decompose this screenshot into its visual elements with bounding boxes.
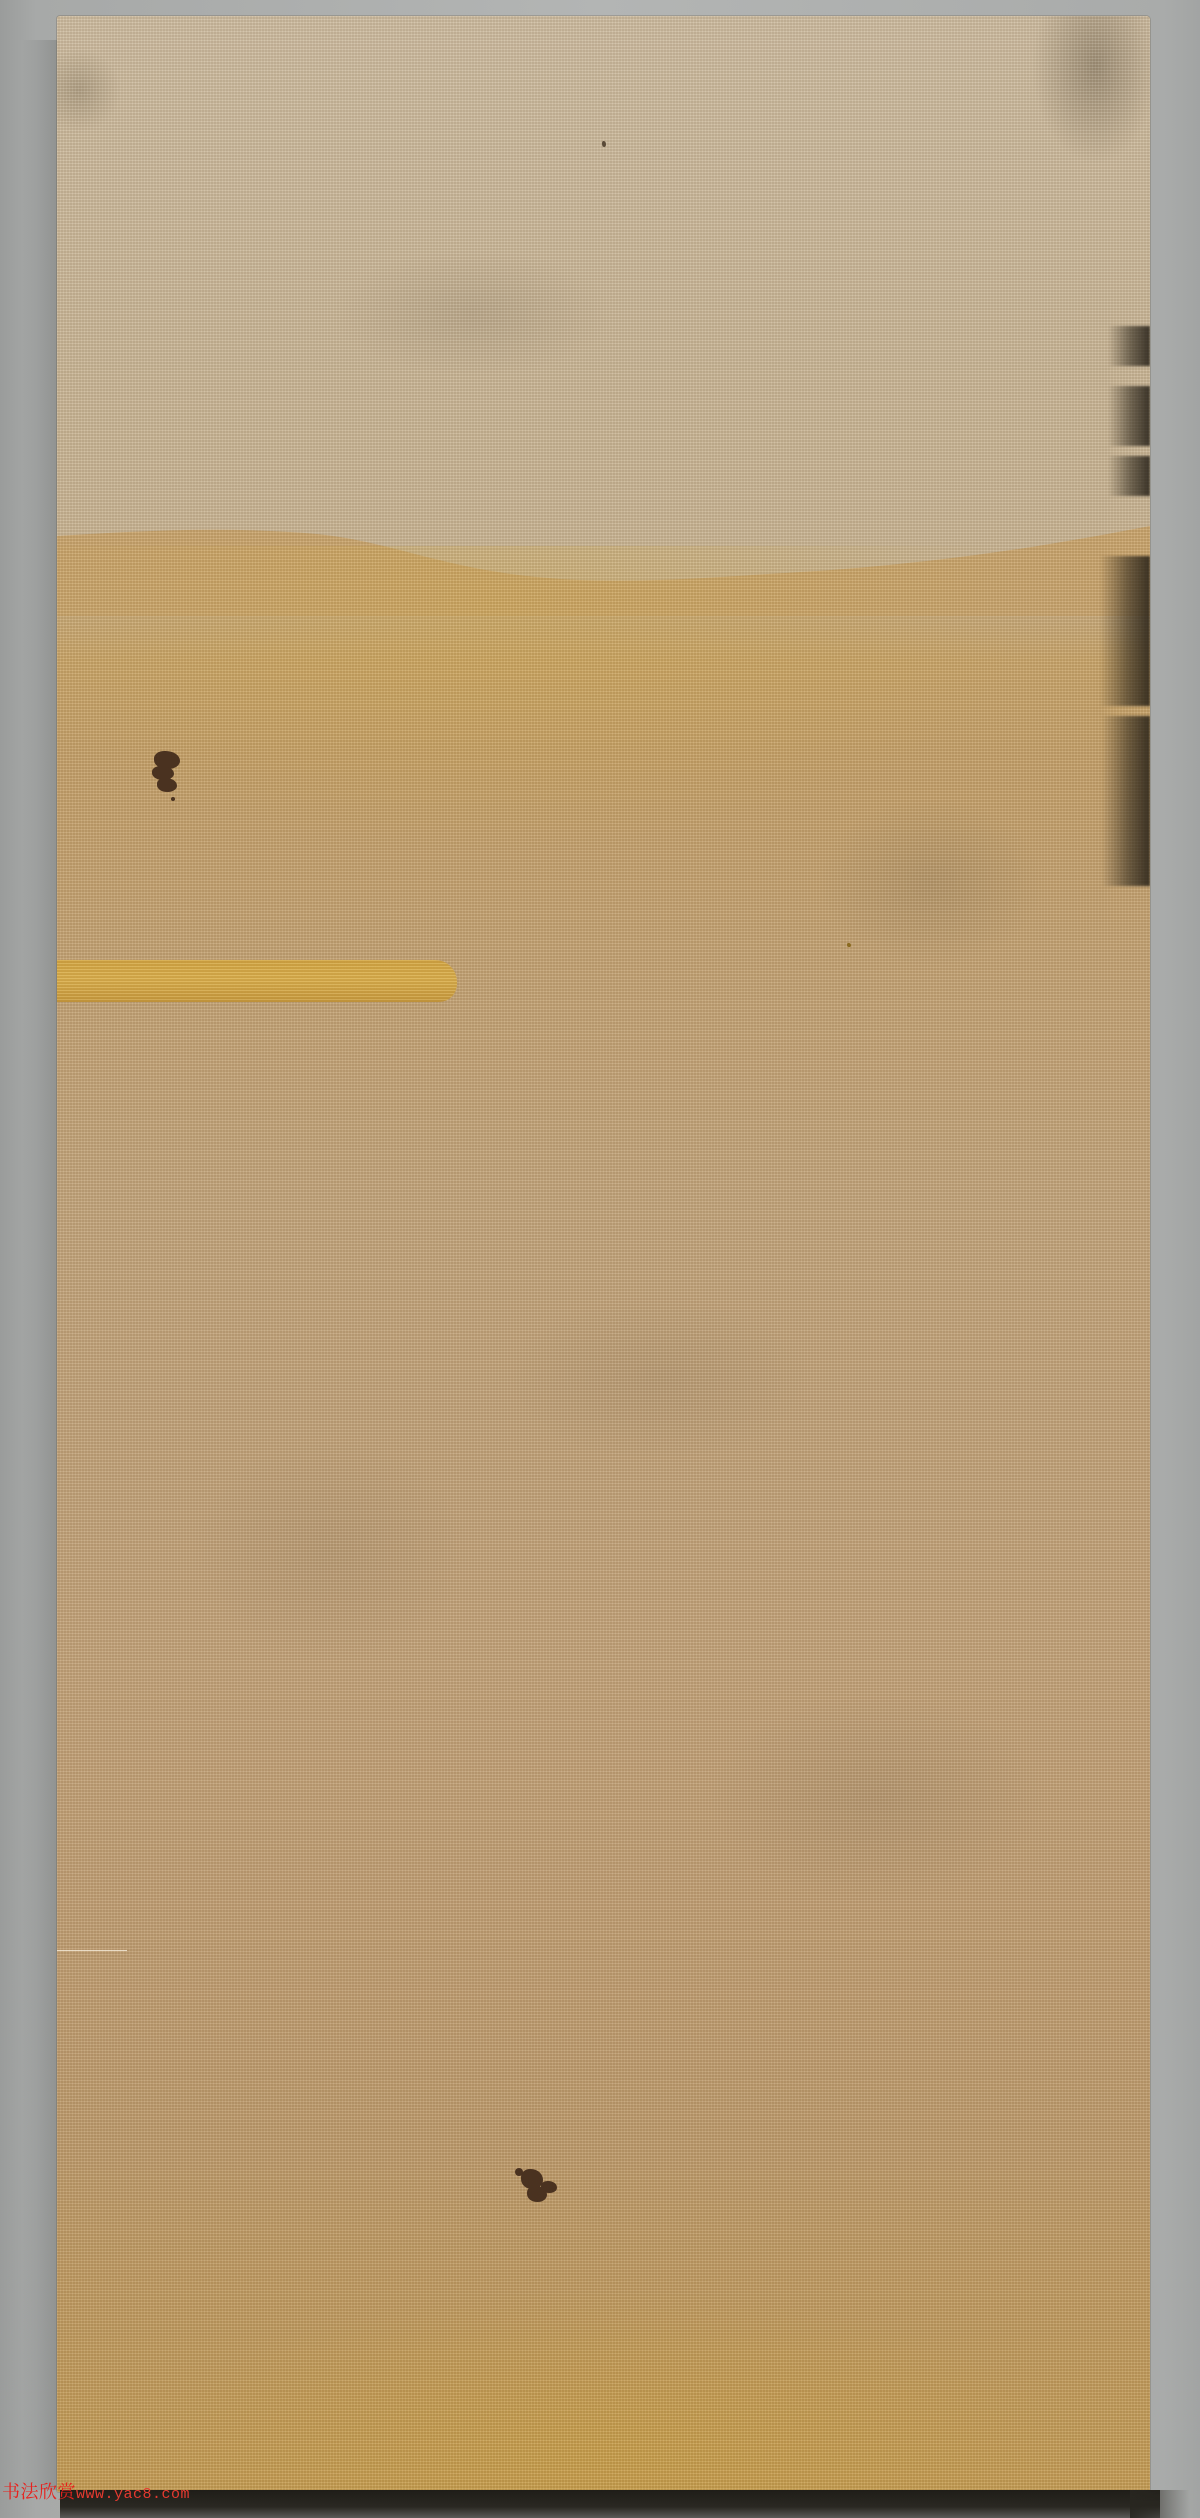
watermark: 书法欣赏www.yac8.com: [2, 2483, 190, 2505]
textile-panel: [57, 16, 1150, 2492]
ink-spot-lower: [541, 2181, 557, 2193]
gold-sheen: [57, 546, 1150, 2492]
tiny-mark: [847, 943, 851, 947]
watermark-chinese: 书法欣赏: [2, 2482, 76, 2503]
watermark-url: www.yac8.com: [76, 2486, 190, 2503]
ink-spot-upper: [157, 778, 177, 792]
tiny-mark: [602, 141, 606, 147]
ink-spot-lower: [515, 2168, 523, 2176]
ink-spot-upper-dot: [171, 797, 175, 801]
bottom-shadow: [60, 2490, 1160, 2518]
pale-upper-area: [57, 16, 1150, 616]
gold-strip: [57, 960, 457, 1002]
edge-stain: [1108, 326, 1150, 366]
edge-stain: [1100, 556, 1150, 706]
edge-stain: [1108, 456, 1150, 496]
spine-tear-line: [57, 1950, 127, 1951]
bottom-shadow-fade: [1130, 2490, 1190, 2518]
edge-stain: [1108, 386, 1150, 446]
edge-stain: [1102, 716, 1150, 886]
background-shadow-left: [22, 40, 62, 2490]
